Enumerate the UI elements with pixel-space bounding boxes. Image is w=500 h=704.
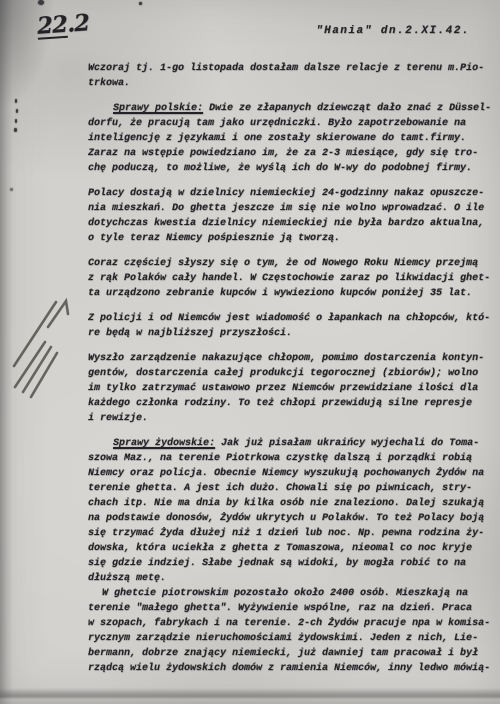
ink-speck: [38, 0, 44, 5]
section-heading-polish-affairs: Sprawy polskie:: [113, 103, 203, 114]
paragraph-polish-affairs: Sprawy polskie: Dwie ze złapanych dziewc…: [88, 101, 500, 176]
ink-speck: [15, 119, 17, 123]
paragraph-intro: Wczoraj tj. 1-go listopada dostałam dals…: [88, 61, 500, 91]
ink-speck: [14, 128, 17, 132]
scanned-document-page: 22.2 "Hania" dn.2.XI.42. Wczoraj tj. 1-g…: [0, 0, 500, 704]
handwritten-page-number: 22.2: [36, 9, 90, 40]
paragraph-trade-takeover: Coraz częściej słyszy się o tym, że od N…: [88, 256, 500, 301]
report-body: Wczoraj tj. 1-go listopada dostałam dals…: [88, 61, 500, 676]
section-heading-jewish-affairs: Sprawy żydowskie:: [113, 438, 215, 449]
paragraph-german-district: Polacy dostają w dzielnicy niemieckiej 2…: [88, 186, 500, 246]
paragraph-jewish-affairs: Sprawy żydowskie: Jak już pisałam ukraiń…: [88, 436, 500, 586]
section-text-jewish-affairs: Jak już pisałam ukraińcy wyjechali do To…: [88, 438, 484, 584]
paragraph-farm-quotas: Wyszło zarządzenie nakazujące chłopom, p…: [88, 351, 500, 426]
bottom-edge-shadow: [0, 688, 500, 704]
page-number-underlined-part: 22: [36, 13, 68, 40]
page-number-rest: .2: [66, 9, 90, 37]
handwritten-margin-pencil-mark: [2, 286, 76, 410]
paragraph-roundups: Z policji i od Niemców jest wiadomość o …: [88, 311, 500, 341]
ink-speck: [10, 188, 13, 191]
paragraph-ghetto-remainder: W ghetcie piotrowskim pozostało około 24…: [88, 586, 500, 676]
ink-speck: [15, 99, 17, 103]
header-codename-date: "Hania" dn.2.XI.42.: [316, 25, 470, 37]
ink-speck: [139, 2, 142, 5]
ink-speck: [16, 109, 18, 113]
